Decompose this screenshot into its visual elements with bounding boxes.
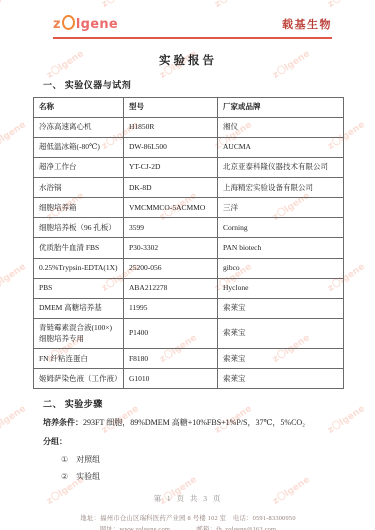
table-cell: 冷冻高速离心机 [34, 117, 124, 137]
table-cell: 三洋 [218, 198, 344, 218]
table-cell: 北京亚泰科隆仪器技术有限公司 [218, 157, 344, 177]
table-header-row: 名称 型号 厂家或品牌 [34, 97, 344, 117]
section1-heading: 一、 实验仪器与试剂 [43, 78, 343, 91]
culture-text: 293FT 细胞，89%DMEM 高糖+10%FBS+1%P/S，37℃，5%C… [83, 418, 305, 427]
table-cell: G1010 [124, 369, 218, 389]
group-label: 分组： [43, 436, 343, 448]
table-row: 超低温冰箱(-80℃)DW-86L500AUCMA [34, 137, 344, 157]
equipment-table: 名称 型号 厂家或品牌 冷冻高速离心机H1850R湘仪超低温冰箱(-80℃)DW… [33, 97, 344, 390]
table-cell: 上海精宏实验设备有限公司 [218, 178, 344, 198]
table-cell: YT-CJ-2D [124, 157, 218, 177]
table-cell: H1850R [124, 117, 218, 137]
table-cell: Hyclone [218, 278, 344, 298]
report-content: zlgene 载基生物 实验报告 一、 实验仪器与试剂 名称 型号 厂家或品牌 … [0, 0, 375, 530]
table-cell: 湘仪 [218, 117, 344, 137]
table-cell: 0.25%Trypsin-EDTA(1X) [34, 258, 124, 278]
report-page: zlgenezlgenezlgenezlgenezlgenezlgenezlge… [0, 0, 375, 530]
table-row: DMEM 高糖培养基11995索莱宝 [34, 298, 344, 318]
table-cell: 细胞培养板（96 孔板） [34, 218, 124, 238]
table-cell: 索莱宝 [218, 298, 344, 318]
table-cell: FN 纤粘连蛋白 [34, 349, 124, 369]
table-cell: gibco [218, 258, 344, 278]
table-cell: PAN biotech [218, 238, 344, 258]
table-row: 冷冻高速离心机H1850R湘仪 [34, 117, 344, 137]
table-cell: P1400 [124, 318, 218, 348]
logo-text-z: z [53, 17, 61, 32]
table-cell: 索莱宝 [218, 318, 344, 348]
circled-number-2: ② [61, 472, 68, 481]
table-cell: Corning [218, 218, 344, 238]
table-cell: 3599 [124, 218, 218, 238]
table-cell: 超净工作台 [34, 157, 124, 177]
table-row: 青链霉素混合液(100×)细胞培养专用P1400索莱宝 [34, 318, 344, 348]
group-item-label: 对照组 [76, 455, 100, 464]
logo-text-rest: lgene [76, 17, 118, 32]
table-cell: 优质胎牛血清 FBS [34, 238, 124, 258]
table-row: 细胞培养箱VMCMMCO-5ACMMO三洋 [34, 198, 344, 218]
table-row: 0.25%Trypsin-EDTA(1X)25200-056gibco [34, 258, 344, 278]
table-cell: 细胞培养箱 [34, 198, 124, 218]
table-cell: 水浴锅 [34, 178, 124, 198]
col-header-brand: 厂家或品牌 [218, 97, 344, 117]
table-cell: 11995 [124, 298, 218, 318]
culture-conditions: 培养条件：293FT 细胞，89%DMEM 高糖+10%FBS+1%P/S，37… [43, 417, 343, 429]
company-name: 载基生物 [282, 16, 332, 32]
group-item-control: ①对照组 [61, 454, 343, 465]
table-cell: DW-86L500 [124, 137, 218, 157]
page-footer: 地址：福州市仓山区瑞科医药产业园 8 号楼 102 室 电话：0591-8330… [33, 513, 343, 530]
table-row: 姬姆萨染色液（工作液）G1010索莱宝 [34, 369, 344, 389]
page-header: zlgene 载基生物 [33, 13, 343, 32]
table-cell: VMCMMCO-5ACMMO [124, 198, 218, 218]
footer-contact-line: 网址：www.zolgene.com 邮箱：fb_zolgene@163.com [33, 524, 343, 530]
table-cell: AUCMA [218, 137, 344, 157]
footer-address-line: 地址：福州市仓山区瑞科医药产业园 8 号楼 102 室 电话：0591-8330… [33, 513, 343, 524]
table-cell: F8180 [124, 349, 218, 369]
table-cell: 姬姆萨染色液（工作液） [34, 369, 124, 389]
table-cell: ABA212278 [124, 278, 218, 298]
report-title: 实验报告 [33, 52, 343, 68]
table-row: FN 纤粘连蛋白F8180索莱宝 [34, 349, 344, 369]
table-row: 水浴锅DK-8D上海精宏实验设备有限公司 [34, 178, 344, 198]
table-cell: 青链霉素混合液(100×)细胞培养专用 [34, 318, 124, 348]
col-header-model: 型号 [124, 97, 218, 117]
table-cell: P30-3302 [124, 238, 218, 258]
group-item-label: 实验组 [76, 472, 100, 481]
table-cell: PBS [34, 278, 124, 298]
table-row: 超净工作台YT-CJ-2D北京亚泰科隆仪器技术有限公司 [34, 157, 344, 177]
logo-ring-icon [62, 15, 75, 30]
table-row: 优质胎牛血清 FBSP30-3302PAN biotech [34, 238, 344, 258]
table-row: 细胞培养板（96 孔板）3599Corning [34, 218, 344, 238]
header-divider [53, 37, 332, 39]
table-cell: 超低温冰箱(-80℃) [34, 137, 124, 157]
table-cell: 索莱宝 [218, 369, 344, 389]
col-header-name: 名称 [34, 97, 124, 117]
group-item-experiment: ②实验组 [61, 471, 343, 482]
table-cell: 25200-056 [124, 258, 218, 278]
section2-heading: 二、 实验步骤 [43, 397, 343, 410]
table-row: PBSABA212278Hyclone [34, 278, 344, 298]
table-cell: DMEM 高糖培养基 [34, 298, 124, 318]
page-number: 第 1 页 共 3 页 [33, 493, 343, 504]
company-logo: zlgene [53, 15, 118, 32]
table-cell: DK-8D [124, 178, 218, 198]
culture-label: 培养条件： [43, 418, 83, 427]
table-cell: 索莱宝 [218, 349, 344, 369]
circled-number-1: ① [61, 455, 68, 464]
